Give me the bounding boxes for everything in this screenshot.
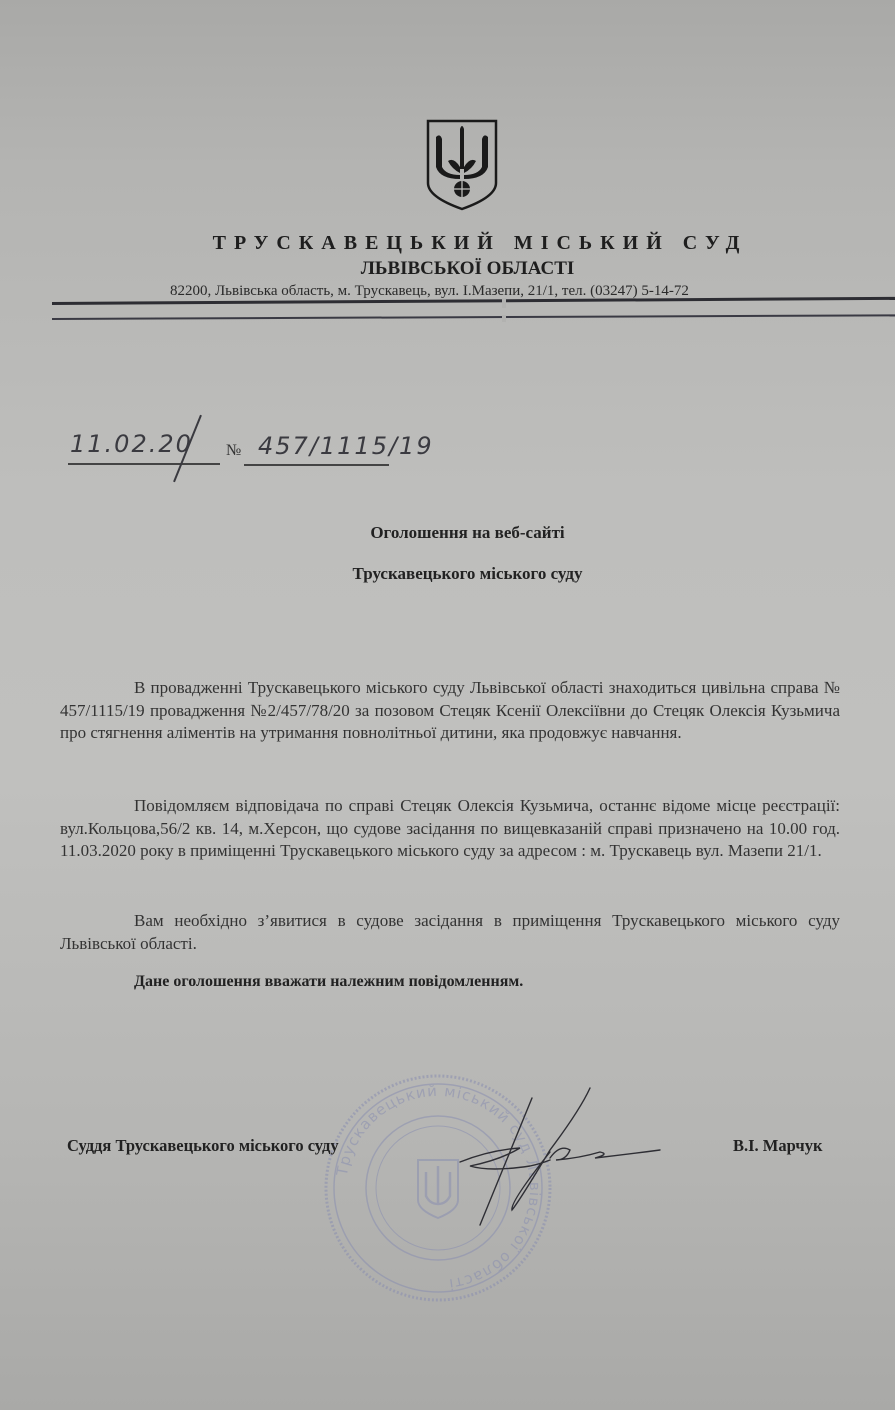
paragraph-text: В провадженні Трускавецького міського су… (60, 677, 840, 745)
registration-number: 457/1115/19 (258, 432, 434, 460)
handwritten-signature (440, 1080, 760, 1230)
closing-statement: Дане оголошення вважати належним повідом… (134, 973, 523, 991)
number-underline (244, 464, 389, 466)
registration-number-label: № (226, 442, 241, 460)
divider-gap (502, 315, 506, 322)
body-paragraph-1: В провадженні Трускавецького міського су… (60, 677, 840, 745)
document-title: Оголошення на веб-сайті (0, 523, 895, 543)
body-paragraph-2: Повідомляєм відповідача по справі Стецяк… (60, 795, 840, 863)
divider-gap (502, 298, 506, 308)
court-name: ТРУСКАВЕЦЬКИЙ МІСЬКИЙ СУД (0, 232, 895, 255)
letterhead-divider-thin (52, 314, 895, 319)
paragraph-text: Повідомляєм відповідача по справі Стецяк… (60, 795, 840, 863)
date-underline (68, 463, 220, 465)
registration-date: 11.02.20 (70, 430, 193, 458)
court-region: ЛЬВІВСЬКОЇ ОБЛАСТІ (0, 258, 895, 280)
trident-coat-of-arms-icon (424, 117, 500, 213)
court-address: 82200, Львівська область, м. Трускавець,… (170, 283, 689, 300)
document-subtitle: Трускавецького міського суду (0, 564, 895, 584)
judge-title: Суддя Трускавецького міського суду (67, 1136, 339, 1156)
paragraph-text: Вам необхідно з’явитися в судове засідан… (60, 910, 840, 955)
body-paragraph-3: Вам необхідно з’явитися в судове засідан… (60, 910, 840, 955)
